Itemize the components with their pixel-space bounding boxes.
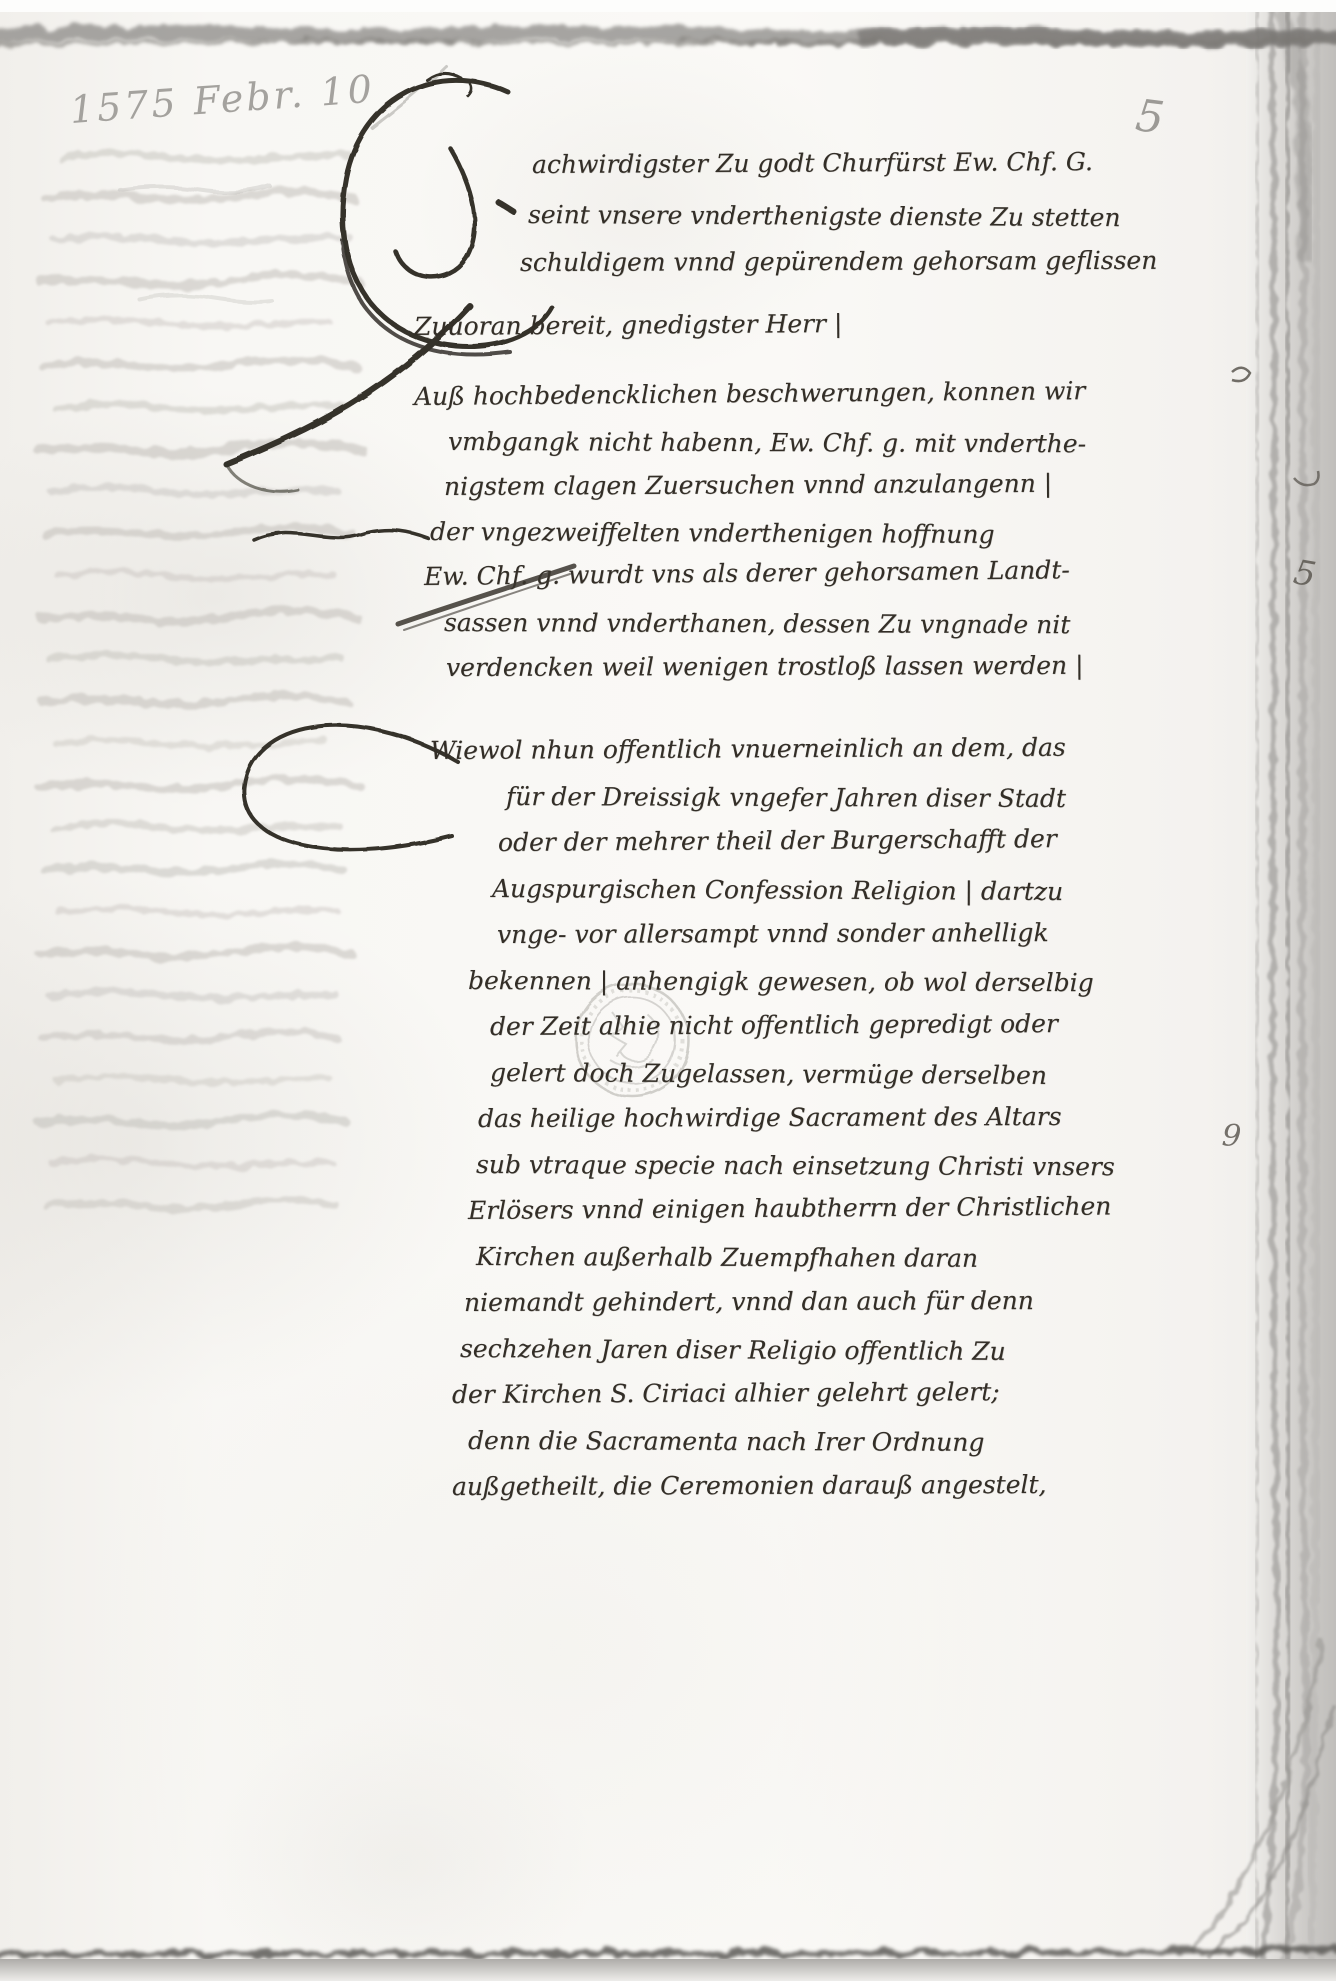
- text-line: verdencken weil wenigen trostloß lassen …: [446, 651, 1084, 682]
- text-line: schuldigem vnnd gepürendem gehorsam gefl…: [520, 246, 1157, 277]
- text-line: Erlösers vnnd einigen haubtherrn der Chr…: [468, 1192, 1112, 1225]
- text-line: der Zeit alhie nicht offentlich gepredig…: [490, 1009, 1058, 1041]
- text-line: achwirdigster Zu godt Churfürst Ew. Chf.…: [532, 147, 1093, 179]
- text-line: der vngezweiffelten vnderthenigen hoffnu…: [430, 517, 995, 549]
- text-line: sub vtraque specie nach einsetzung Chris…: [476, 1150, 1115, 1181]
- manuscript-scan: 1575 Febr. 10 5 5 9 achwirdigster Zu god…: [0, 0, 1336, 1981]
- text-line: denn die Sacramenta nach Irer Ordnung: [468, 1426, 985, 1457]
- text-line: seint vnsere vnderthenigste dienste Zu s…: [528, 200, 1121, 232]
- text-line: Auß hochbedencklichen beschwerungen, kon…: [414, 376, 1086, 411]
- text-line: oder der mehrer theil der Burgerschafft …: [498, 824, 1057, 857]
- text-line: Wiewol nhun offentlich vnuerneinlich an …: [430, 733, 1066, 765]
- text-line: bekennen | anhengigk gewesen, ob wol der…: [468, 966, 1094, 997]
- text-line: niemandt gehindert, vnnd dan auch für de…: [464, 1286, 1034, 1317]
- text-line: das heilige hochwirdige Sacrament des Al…: [478, 1102, 1062, 1133]
- text-line: sassen vnnd vnderthanen, dessen Zu vngna…: [444, 608, 1070, 639]
- text-line: nigstem clagen Zuersuchen vnnd anzulange…: [444, 469, 1052, 501]
- text-line: gelert doch Zugelassen, vermüge derselbe…: [490, 1058, 1047, 1090]
- text-line: Kirchen außerhalb Zuempfhahen daran: [476, 1242, 978, 1273]
- text-line: sechzehen Jaren diser Religio offentlich…: [460, 1334, 1006, 1366]
- text-line: Augspurgischen Confession Religion | dar…: [492, 874, 1063, 906]
- text-line: Zuuoran bereit, gnedigster Herr |: [414, 309, 843, 341]
- text-line-struck: Ew. Chf. g. wurdt vns als derer gehorsam…: [424, 555, 1070, 591]
- text-block: achwirdigster Zu godt Churfürst Ew. Chf.…: [0, 0, 1336, 1981]
- text-line: der Kirchen S. Ciriaci alhier gelehrt ge…: [452, 1377, 1000, 1409]
- text-line: außgetheilt, die Ceremonien darauß anges…: [452, 1470, 1047, 1501]
- text-line: vnge- vor allersampt vnnd sonder anhelli…: [497, 918, 1049, 949]
- text-line: für der Dreissigk vngefer Jahren diser S…: [506, 782, 1066, 813]
- text-line: vmbgangk nicht habenn, Ew. Chf. g. mit v…: [448, 427, 1086, 458]
